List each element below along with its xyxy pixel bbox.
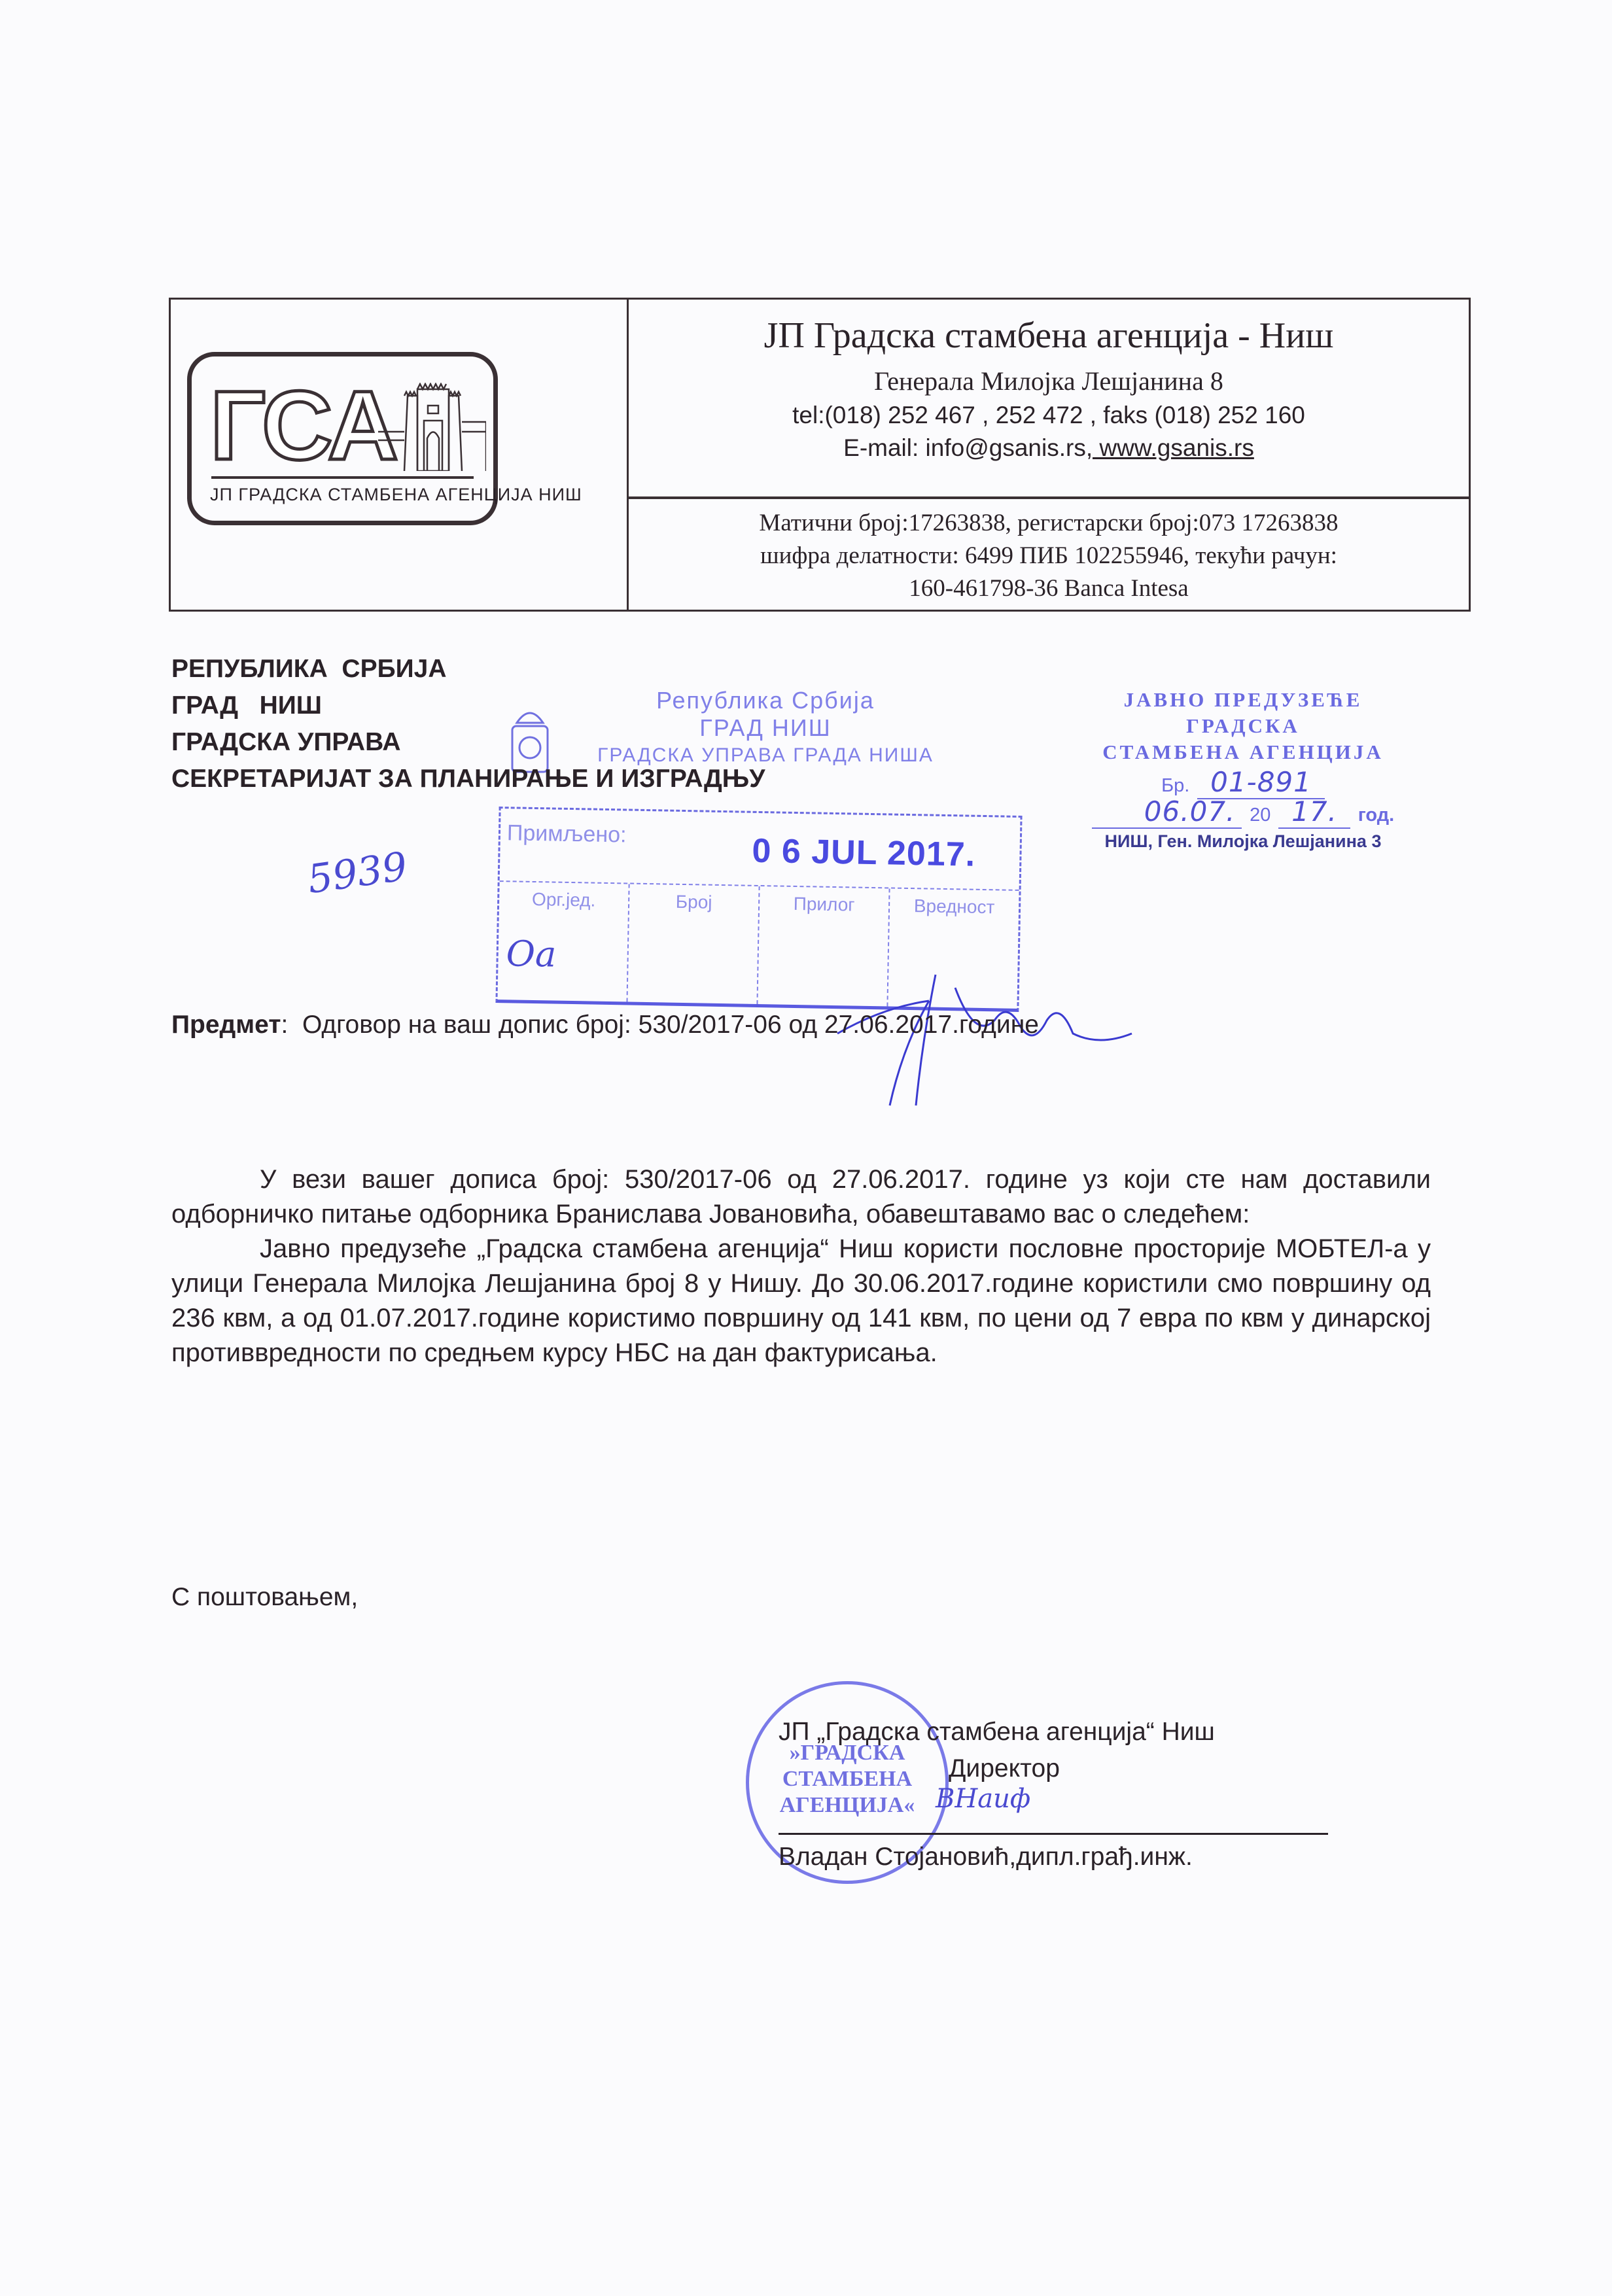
signature-title: Директор bbox=[779, 1750, 1367, 1787]
closing-salutation: С поштовањем, bbox=[171, 1583, 358, 1612]
letter-body: У вези вашег дописа број: 530/2017-06 од… bbox=[171, 1162, 1431, 1370]
agency-year-prefix: 20 bbox=[1250, 805, 1270, 826]
subject-line: Предмет: Одговор на ваш допис број: 530/… bbox=[171, 1011, 1039, 1039]
signature-block: ЈП „Градска стамбена агенција“ Ниш Дирек… bbox=[779, 1714, 1367, 1875]
signature-organization: ЈП „Градска стамбена агенција“ Ниш bbox=[779, 1714, 1367, 1750]
handwritten-number: 5939 bbox=[305, 844, 410, 903]
agency-stamp-line-2: ГРАДСКА bbox=[1063, 713, 1423, 739]
website-link[interactable]: , www.gsanis.rs bbox=[1086, 434, 1254, 461]
agency-number-value: 01-891 bbox=[1197, 766, 1325, 799]
registry-line-2: шифра делатности: 6499 ПИБ 102255946, те… bbox=[629, 540, 1469, 572]
registry-line-3: 160-461798-36 Banca Intesa bbox=[629, 572, 1469, 605]
email-link[interactable]: info@gsanis.rs bbox=[926, 434, 1086, 461]
body-paragraph-2: Јавно предузеће „Градска стамбена агенци… bbox=[171, 1232, 1431, 1370]
received-date: 0 6 JUL 2017. bbox=[752, 831, 976, 875]
organization-phone: tel:(018) 252 467 , 252 472 , faks (018)… bbox=[629, 399, 1469, 432]
addressee-line-3: ГРАДСКА УПРАВА bbox=[171, 724, 765, 761]
letterhead-registry-cell: Матични број:17263838, регистарски број:… bbox=[629, 499, 1469, 610]
logo-letters: ГСА bbox=[210, 376, 396, 474]
receipt-column-header: Вредност bbox=[888, 888, 1019, 1008]
letterhead: ГСА ЈП ГРАДСКА СТАМБЕНА АГЕНЦИЈА Н bbox=[169, 298, 1471, 612]
handwritten-signature: ВНаиф bbox=[936, 1781, 1030, 1817]
letterhead-contact-cell: ЈП Градска стамбена агенција - Ниш Генер… bbox=[629, 300, 1469, 499]
addressee-line-1: РЕПУБЛИКА СРБИЈА bbox=[171, 651, 765, 687]
agency-date-value: 06.07. bbox=[1092, 795, 1242, 829]
organization-email-line: E-mail: info@gsanis.rs, www.gsanis.rs bbox=[629, 432, 1469, 464]
subject-text: : Одговор на ваш допис број: 530/2017-06… bbox=[281, 1011, 1038, 1039]
agency-registry-stamp: ЈАВНО ПРЕДУЗЕЋЕ ГРАДСКА СТАМБЕНА АГЕНЦИЈ… bbox=[1063, 687, 1423, 854]
received-label: Примљено: bbox=[507, 820, 627, 848]
agency-stamp-address: НИШ, Ген. Милојка Лешјанина 3 bbox=[1063, 828, 1423, 854]
email-label: E-mail: bbox=[843, 434, 925, 461]
registry-line-1: Матични број:17263838, регистарски број:… bbox=[629, 507, 1469, 540]
agency-year-suffix: год. bbox=[1358, 805, 1395, 826]
company-logo: ГСА ЈП ГРАДСКА СТАМБЕНА АГЕНЦИЈА Н bbox=[187, 352, 498, 525]
receipt-stamp-grid: Примљено: 0 6 JUL 2017. Орг.јед. Број Пр… bbox=[495, 807, 1022, 1012]
addressee-line-4: СЕКРЕТАРИЈАТ ЗА ПЛАНИРАЊЕ И ИЗГРАДЊУ bbox=[171, 761, 765, 797]
body-paragraph-1: У вези вашег дописа број: 530/2017-06 од… bbox=[171, 1162, 1431, 1232]
addressee-block: РЕПУБЛИКА СРБИЈА ГРАД НИШ ГРАДСКА УПРАВА… bbox=[171, 651, 765, 797]
agency-stamp-line-3: СТАМБЕНА АГЕНЦИЈА bbox=[1063, 739, 1423, 765]
agency-stamp-line-1: ЈАВНО ПРЕДУЗЕЋЕ bbox=[1063, 687, 1423, 713]
signatory-name: Владан Стојановић,дипл.грађ.инж. bbox=[779, 1839, 1367, 1875]
letterhead-logo-cell: ГСА ЈП ГРАДСКА СТАМБЕНА АГЕНЦИЈА Н bbox=[171, 300, 629, 610]
receipt-columns: Орг.јед. Број Прилог Вредност bbox=[498, 880, 1019, 1009]
receipt-column-header: Број bbox=[627, 884, 760, 1004]
addressee-line-2: ГРАД НИШ bbox=[171, 687, 765, 724]
logo-caption: ЈП ГРАДСКА СТАМБЕНА АГЕНЦИЈА НИШ bbox=[210, 485, 475, 505]
handwritten-cell-note: Оа bbox=[506, 933, 557, 975]
agency-number-label: Бр. bbox=[1161, 775, 1189, 796]
organization-title: ЈП Градска стамбена агенција - Ниш bbox=[629, 314, 1469, 357]
receipt-column-header: Прилог bbox=[758, 886, 890, 1006]
subject-label: Предмет bbox=[171, 1011, 281, 1039]
logo-divider bbox=[211, 476, 474, 479]
agency-year-value: 17. bbox=[1278, 795, 1350, 829]
fortress-gate-icon bbox=[378, 383, 486, 471]
organization-address: Генерала Милојка Лешјанина 8 bbox=[629, 364, 1469, 399]
signature-line bbox=[779, 1833, 1328, 1835]
